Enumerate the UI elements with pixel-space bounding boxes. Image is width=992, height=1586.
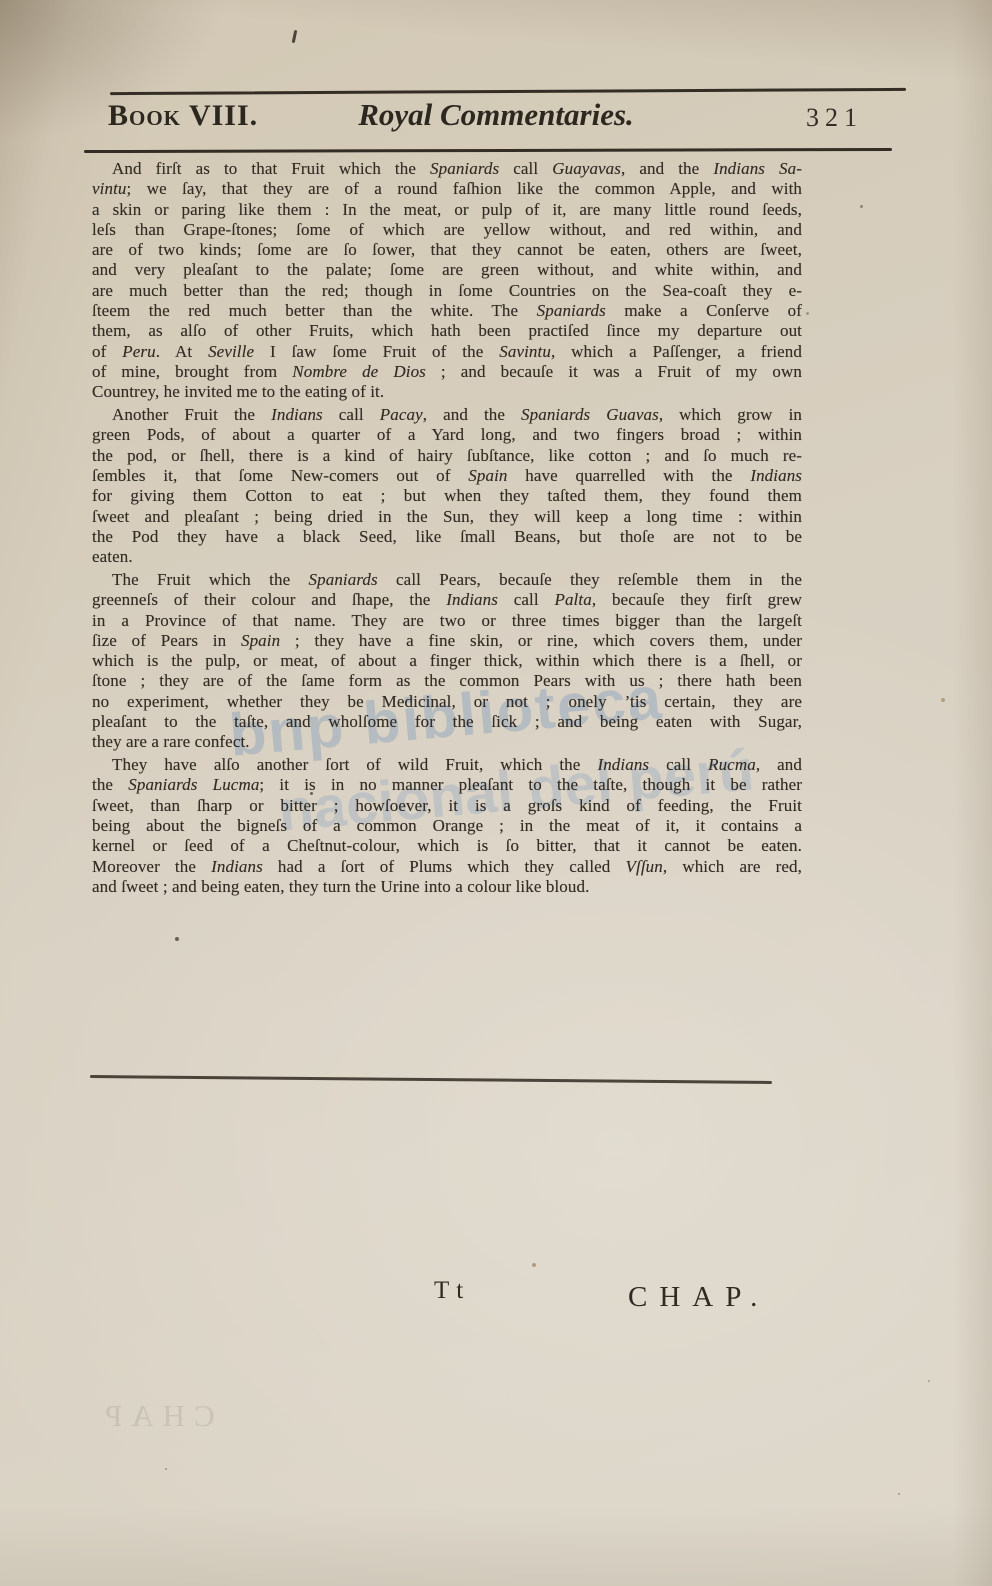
text-segment: the pod, or ſhell, there is a kind of ha… [92,446,802,465]
text-segment: being about the bigneſs of a common Oran… [92,816,802,835]
italic-text-segment: Nombre de Dios [292,362,426,381]
paper-speck [806,312,809,315]
text-line: ſtone ; they are of the ſame form as the… [92,671,802,691]
text-line: kernel or ſeed of a Cheſtnut-colour, whi… [92,836,802,856]
text-segment: , which are red, [663,857,802,876]
italic-text-segment: Indians [597,755,649,774]
paper-speck [928,1380,930,1382]
italic-text-segment: Indians Sa- [713,159,802,178]
text-line: the pod, or ſhell, there is a kind of ha… [92,446,802,466]
italic-text-segment: Spaniards [537,301,606,320]
italic-text-segment: Pacay [380,405,423,424]
text-line: greenneſs of their colour and ſhape, the… [92,590,802,610]
text-segment: The Fruit which the [112,570,309,589]
italic-text-segment: Palta [554,590,591,609]
italic-text-segment: Indians [750,466,802,485]
text-segment: are of two kinds; ſome are ſo ſower, tha… [92,240,802,259]
text-line: which is the pulp, or meat, of about a f… [92,651,802,671]
text-segment: call [323,405,380,424]
paper-speck [898,1493,900,1495]
italic-text-segment: Seville [208,342,254,361]
text-segment: And firſt as to that Fruit which the [112,159,430,178]
paragraph: They have alſo another ſort of wild Frui… [92,755,802,897]
paragraph: Another Fruit the Indians call Pacay, an… [92,405,802,567]
text-segment: of [92,342,122,361]
text-segment: which is the pulp, or meat, of about a f… [92,651,802,670]
text-line: They have alſo another ſort of wild Frui… [92,755,802,775]
section-end-rule [90,1075,772,1084]
italic-text-segment: Indians [271,405,323,424]
text-line: the Pod they have a black Seed, like ſma… [92,527,802,547]
italic-text-segment: Guayavas [552,159,621,178]
text-line: vintu; we ſay, that they are of a round … [92,179,802,199]
text-segment: , and the [621,159,713,178]
scanned-book-page: bnp biblioteca nacional del perú Book VI… [0,0,992,1586]
text-line: they are a rare confect. [92,732,802,752]
text-line: And firſt as to that Fruit which the Spa… [92,159,802,179]
text-block: And firſt as to that Fruit which the Spa… [92,159,802,900]
text-segment: pleaſant to the taſte, and wholſome for … [92,712,802,731]
text-segment: and very pleaſant to the palate; ſome ar… [92,260,802,279]
text-segment: Countrey, he invited me to the eating of… [92,382,384,401]
text-segment: the Pod they have a black Seed, like ſma… [92,527,802,546]
text-segment: ſweet and pleaſant ; being dried in the … [92,507,802,526]
text-segment: ; they have a fine skin, or rine, which … [280,631,802,650]
text-segment: , and [756,755,802,774]
text-segment: green Pods, of about a quarter of a Yard… [92,425,802,444]
text-line: in a Province of that name. They are two… [92,611,802,631]
signature-mark: Tt [434,1277,470,1305]
italic-text-segment: Spaniards [430,159,499,178]
text-segment: call [499,159,552,178]
text-line: a skin or paring like them : In the meat… [92,200,802,220]
text-segment: in a Province of that name. They are two… [92,611,802,630]
italic-text-segment: vintu [92,179,127,198]
text-line: eaten. [92,547,802,567]
page-number: 321 [806,103,863,133]
text-line: of Peru. At Seville I ſaw ſome Fruit of … [92,342,802,362]
text-segment: for giving them Cotton to eat ; but when… [92,486,802,505]
text-line: ſteem the red much better than the white… [92,301,802,321]
paper-speck [165,1468,167,1470]
text-line: ſize of Pears in Spain ; they have a fin… [92,631,802,651]
text-line: no experiment, whether they be Medicinal… [92,692,802,712]
italic-text-segment: Indians [211,857,263,876]
ink-stray-mark [292,30,298,43]
paper-speck [532,1263,536,1267]
text-segment: Moreover the [92,857,211,876]
text-segment: leſs than Grape-ſtones; ſome of which ar… [92,220,802,239]
italic-text-segment: Spaniards Guavas [521,405,659,424]
text-segment: ſteem the red much better than the white… [92,301,537,320]
italic-text-segment: Spain [468,466,507,485]
text-line: Countrey, he invited me to the eating of… [92,382,802,402]
text-line: ſembles it, that ſome New-comers out of … [92,466,802,486]
text-line: being about the bigneſs of a common Oran… [92,816,802,836]
italic-text-segment: Spain [241,631,280,650]
italic-text-segment: Vſſun [626,857,663,876]
text-line: pleaſant to the taſte, and wholſome for … [92,712,802,732]
text-line: for giving them Cotton to eat ; but when… [92,486,802,506]
text-segment: ; and becauſe it was a Fruit of my own [426,362,802,381]
running-title: Royal Commentaries. [246,97,746,133]
paragraph: And firſt as to that Fruit which the Spa… [92,159,802,403]
header-rule-bottom [84,148,892,153]
paper-speck [941,698,945,702]
book-label: Book VIII. [108,99,258,133]
text-segment: ; we ſay, that they are of a round faſhi… [127,179,803,198]
text-segment: , becauſe they firſt grew [592,590,802,609]
text-segment: make a Conſerve of [606,301,802,320]
text-line: the Spaniards Lucma; it is in no manner … [92,775,802,795]
italic-text-segment: Spaniards Lucma [128,775,259,794]
verso-show-through: CHAP [96,1398,215,1434]
paper-speck [860,205,863,208]
text-segment: eaten. [92,547,133,566]
header-rule-top [110,88,906,95]
text-segment: call Pears, becauſe they reſemble them i… [378,570,802,589]
text-line: are of two kinds; ſome are ſo ſower, tha… [92,240,802,260]
text-segment: a skin or paring like them : In the meat… [92,200,802,219]
text-segment: ſembles it, that ſome New-comers out of [92,466,468,485]
text-segment: them, as alſo of other Fruits, which hat… [92,321,802,340]
text-segment: call [498,590,555,609]
italic-text-segment: Indians [446,590,498,609]
text-segment: and ſweet ; and being eaten, they turn t… [92,877,589,896]
paper-speck [175,937,179,941]
text-segment: They have alſo another ſort of wild Frui… [112,755,597,774]
italic-text-segment: Spaniards [309,570,378,589]
text-segment: . At [156,342,208,361]
text-segment: greenneſs of their colour and ſhape, the [92,590,446,609]
text-line: ſweet and pleaſant ; being dried in the … [92,507,802,527]
text-segment: ſtone ; they are of the ſame form as the… [92,671,802,690]
text-segment: kernel or ſeed of a Cheſtnut-colour, whi… [92,836,802,855]
italic-text-segment: Savintu [499,342,551,361]
text-segment: , and the [423,405,521,424]
text-line: leſs than Grape-ſtones; ſome of which ar… [92,220,802,240]
text-segment: I ſaw ſome Fruit of the [254,342,499,361]
text-segment: ſweet, than ſharp or bitter ; howſoever,… [92,796,802,815]
text-segment: call [649,755,708,774]
text-segment: Another Fruit the [112,405,271,424]
text-segment: , which grow in [659,405,802,424]
text-line: Another Fruit the Indians call Pacay, an… [92,405,802,425]
text-line: green Pods, of about a quarter of a Yard… [92,425,802,445]
text-line: of mine, brought from Nombre de Dios ; a… [92,362,802,382]
italic-text-segment: Rucma [708,755,756,774]
text-segment: had a ſort of Plums which they called [263,857,626,876]
text-line: Moreover the Indians had a ſort of Plums… [92,857,802,877]
text-line: are much better than the red; though in … [92,281,802,301]
italic-text-segment: Peru [122,342,155,361]
paragraph: The Fruit which the Spaniards call Pears… [92,570,802,753]
text-line: and ſweet ; and being eaten, they turn t… [92,877,802,897]
text-segment: , which a Paſſenger, a friend [551,342,802,361]
text-segment: ſize of Pears in [92,631,241,650]
text-segment: they are a rare confect. [92,732,250,751]
text-line: them, as alſo of other Fruits, which hat… [92,321,802,341]
text-segment: are much better than the red; though in … [92,281,802,300]
text-segment: the [92,775,128,794]
text-line: and very pleaſant to the palate; ſome ar… [92,260,802,280]
catchword: CHAP. [628,1281,769,1314]
text-line: The Fruit which the Spaniards call Pears… [92,570,802,590]
text-line: ſweet, than ſharp or bitter ; howſoever,… [92,796,802,816]
text-segment: ; it is in no manner pleaſant to the taſ… [259,775,802,794]
text-segment: of mine, brought from [92,362,292,381]
text-segment: have quarrelled with the [508,466,751,485]
text-segment: no experiment, whether they be Medicinal… [92,692,802,711]
